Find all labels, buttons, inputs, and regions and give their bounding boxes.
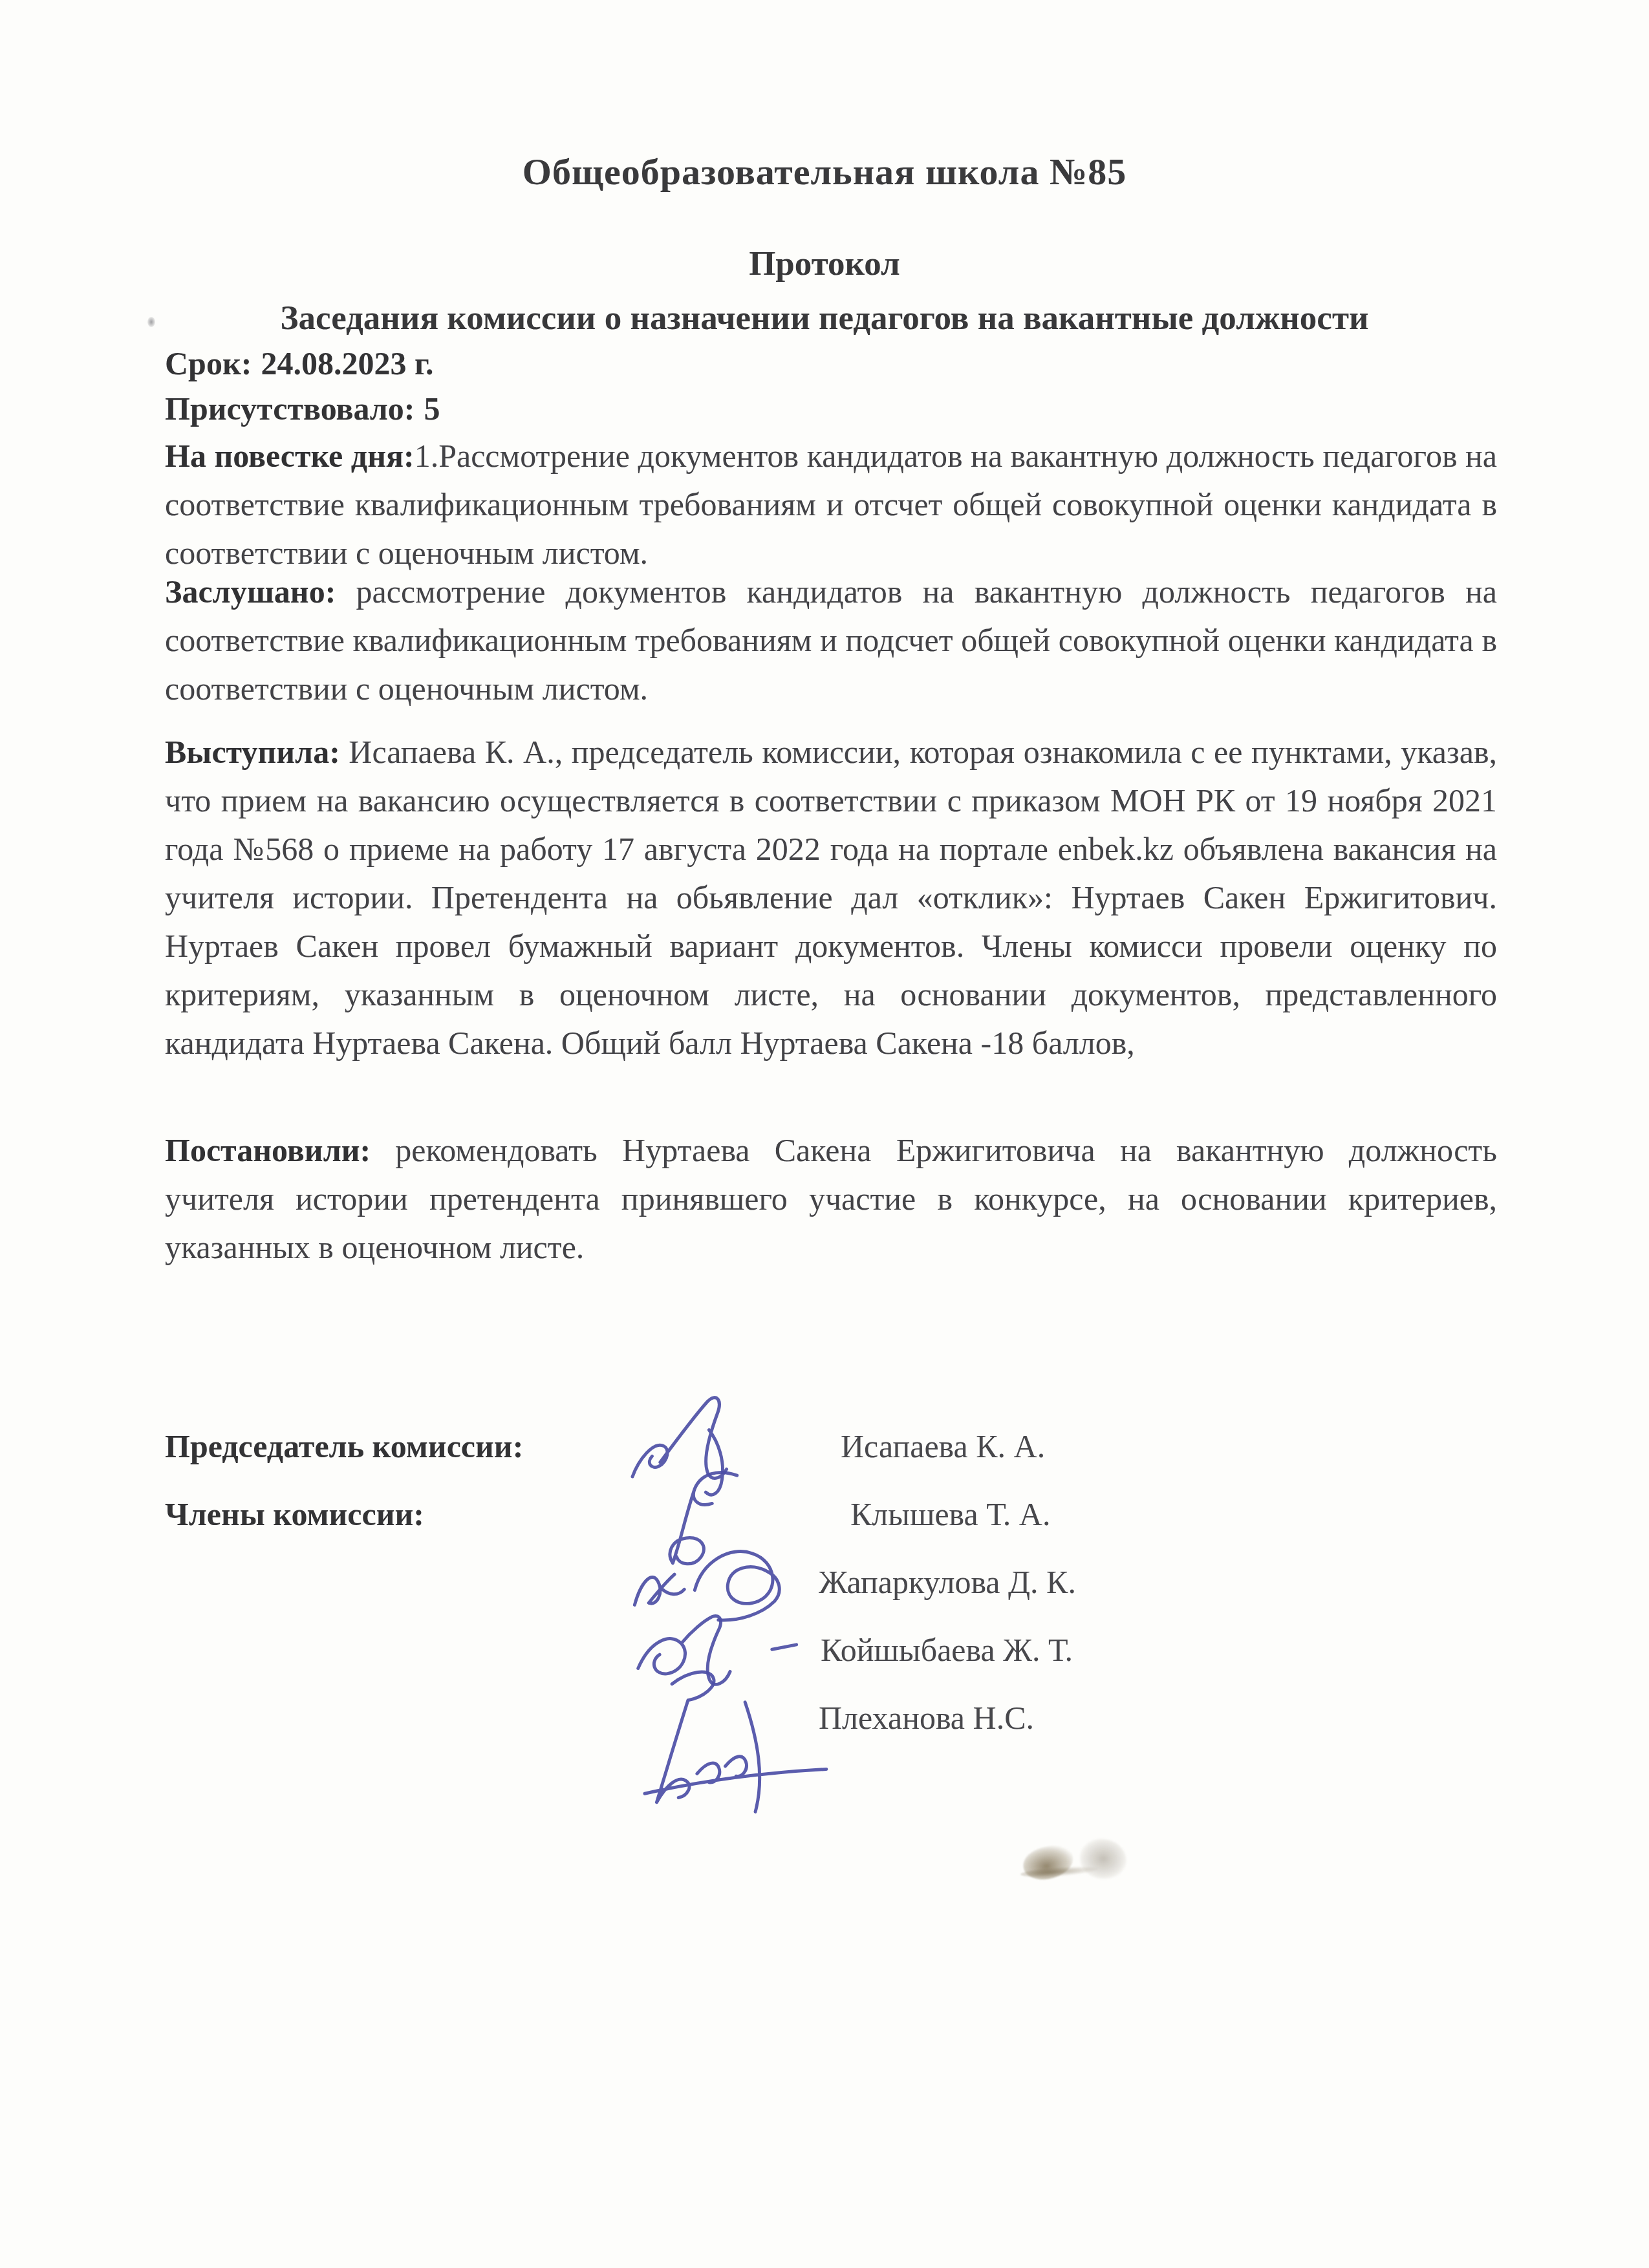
paragraph-speech-text: Исапаева К. А., председатель комиссии, к… (165, 734, 1497, 1061)
scan-speck (147, 317, 155, 327)
paragraph-heard-text: рассмотрение документов кандидатов на ва… (165, 573, 1497, 707)
ink-smudge (1020, 1837, 1130, 1888)
signatory-name: Клышева Т. А. (850, 1495, 1050, 1533)
meta-date-label: Срок: (165, 345, 252, 381)
signatory-name: Исапаева К. А. (841, 1428, 1045, 1465)
signatory-name: Койшыбаева Ж. Т. (821, 1631, 1073, 1669)
signature-plekhanova (610, 1659, 835, 1815)
signatory-name: Жапаркулова Д. К. (819, 1563, 1076, 1601)
signature-isapaeva (620, 1391, 793, 1509)
signature-zhaparkulova (623, 1533, 803, 1639)
chair-label: Председатель комиссии: (165, 1428, 523, 1465)
paragraph-heard: Заслушано: рассмотрение документов канди… (165, 568, 1497, 713)
members-label: Члены комиссии: (165, 1495, 424, 1533)
signature-klysheva (640, 1464, 766, 1572)
protocol-heading: Протокол (158, 244, 1491, 283)
paragraph-heard-label: Заслушано: (165, 573, 336, 610)
paragraph-speech: Выступила: Исапаева К. А., председатель … (165, 728, 1497, 1067)
paragraph-resolution-label: Постановили: (165, 1132, 371, 1168)
meta-date-value: 24.08.2023 г. (261, 345, 433, 381)
meta-attendance-line: Присутствовало:5 (165, 390, 1497, 427)
signatory-name: Плеханова Н.С. (819, 1699, 1034, 1737)
meta-attendance-value: 5 (424, 390, 440, 427)
protocol-subheading: Заседания комиссии о назначении педагого… (158, 299, 1491, 337)
scanned-protocol-document: Общеобразовательная школа №85 Протокол З… (0, 0, 1649, 2268)
signature-koishybaeva (625, 1608, 815, 1698)
paragraph-agenda: На повестке дня:1.Рассмотрение документо… (165, 432, 1497, 577)
school-title: Общеобразовательная школа №85 (158, 150, 1491, 193)
paragraph-resolution: Постановили: рекомендовать Нуртаева Саке… (165, 1126, 1497, 1272)
meta-date-line: Срок:24.08.2023 г. (165, 345, 1497, 382)
paragraph-agenda-label: На повестке дня: (165, 438, 415, 474)
paragraph-speech-label: Выступила: (165, 734, 340, 770)
meta-attendance-label: Присутствовало: (165, 390, 415, 427)
